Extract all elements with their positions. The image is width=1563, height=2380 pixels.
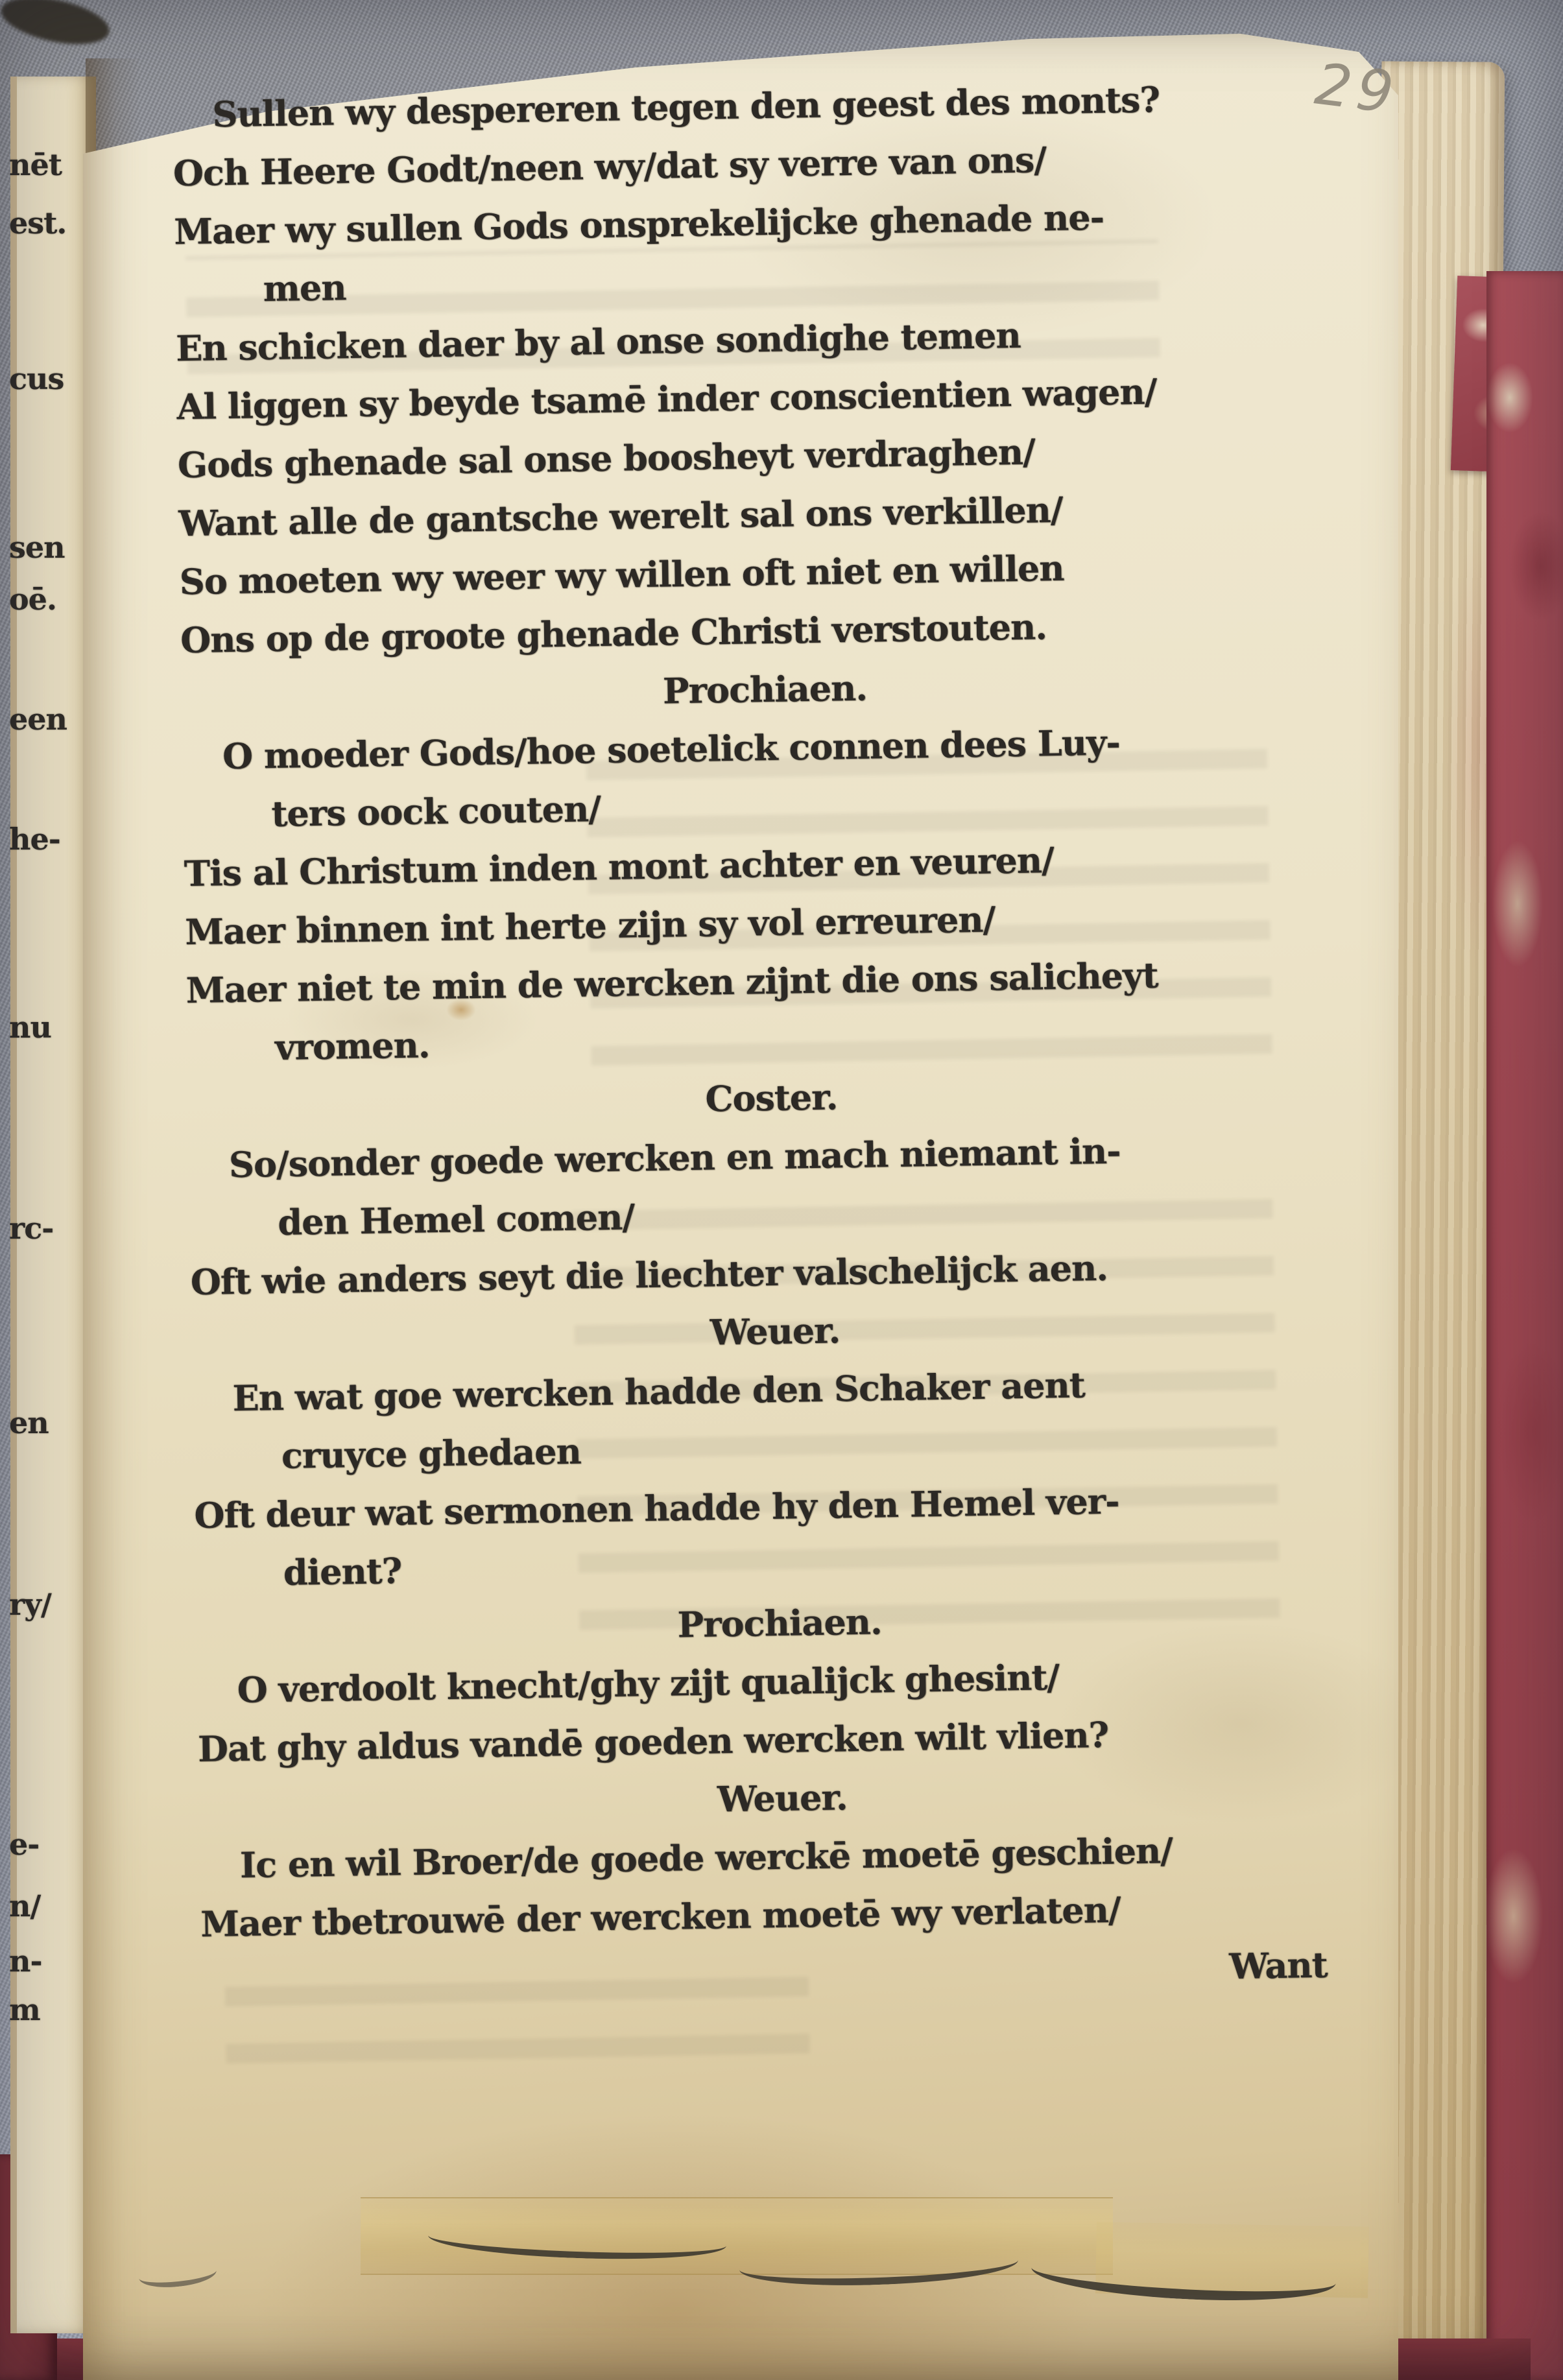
facing-page-text-fragment: rc- [9, 1211, 53, 1245]
facing-page-text-fragment: n/ [9, 1889, 40, 1923]
handwritten-page-number: 29 [1312, 55, 1402, 123]
photo-of-open-book: nētest.cussenoē.eenhe-nurc-enry/e-n/n-m … [0, 0, 1563, 2380]
facing-page-text-fragment: en [9, 1406, 49, 1440]
facing-page-text-fragment: he- [9, 822, 60, 856]
facing-page-text-fragment: sen [9, 530, 65, 564]
facing-page-text-fragment: e- [9, 1827, 39, 1861]
facing-page-text-fragment: est. [9, 206, 66, 240]
facing-page-text-fragment: ry/ [9, 1588, 51, 1621]
facing-page-text-fragment: nu [9, 1010, 51, 1044]
facing-page-text-fragment: oē. [9, 582, 56, 616]
facing-page-text-fragment: nēt [9, 148, 62, 182]
facing-page-text-fragment: m [9, 1993, 40, 2027]
printed-text-block: Sullen wy despereren tegen den geest des… [172, 67, 1369, 2012]
facing-page-text-fragment: n- [9, 1944, 42, 1978]
ink-smudge [0, 0, 113, 53]
red-marbled-cover-right-edge [1486, 271, 1563, 2380]
facing-page-text-fragment: cus [9, 362, 64, 396]
facing-page-text-fragment: een [9, 702, 67, 736]
